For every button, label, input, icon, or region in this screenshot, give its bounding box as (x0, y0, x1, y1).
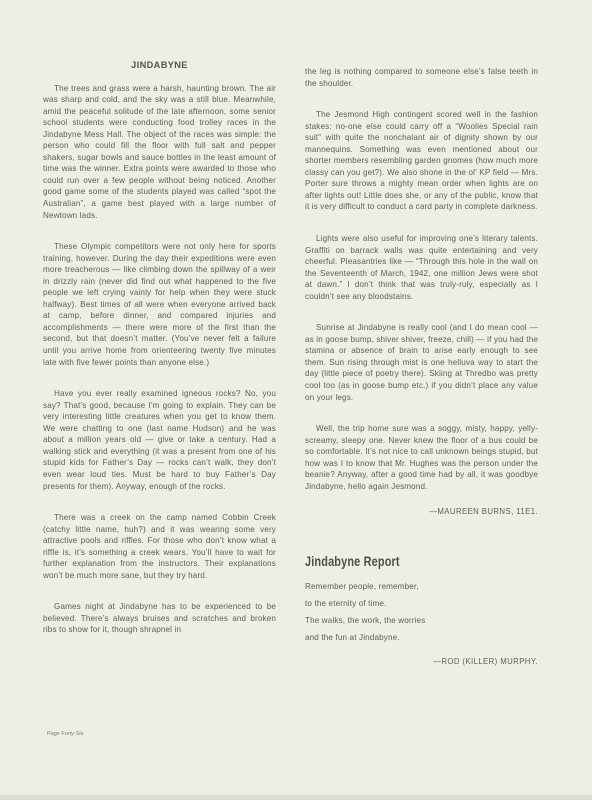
article-paragraph: There was a creek on the camp named Cobb… (43, 512, 276, 581)
article-paragraph: Well, the trip home sure was a soggy, mi… (305, 423, 538, 492)
article-title: JINDABYNE (43, 60, 276, 72)
article-paragraph: These Olympic competitors were not only … (43, 241, 276, 368)
article-paragraph-continued: the leg is nothing compared to someone e… (305, 66, 538, 89)
left-column: JINDABYNE The trees and grass were a har… (43, 60, 276, 656)
report-poem: Remember people, remember, to the eterni… (305, 578, 538, 646)
poem-line: and the fun at Jindabyne. (305, 629, 538, 646)
page-bottom-edge (0, 795, 592, 800)
report-signature: —ROD (KILLER) MURPHY. (305, 656, 538, 668)
page-number: Page Forty-Six (47, 731, 83, 737)
poem-line: Remember people, remember, (305, 578, 538, 595)
article-paragraph: Sunrise at Jindabyne is really cool (and… (305, 322, 538, 403)
poem-line: to the eternity of time. (305, 595, 538, 612)
right-column: the leg is nothing compared to someone e… (305, 66, 538, 667)
article-paragraph: Games night at Jindabyne has to be exper… (43, 601, 276, 636)
article-paragraph: The trees and grass were a harsh, haunti… (43, 83, 276, 222)
report-title: Jindabyne Report (305, 556, 487, 568)
article-paragraph: The Jesmond High contingent scored well … (305, 109, 538, 213)
article-paragraph: Have you ever really examined igneous ro… (43, 388, 276, 492)
article-signature: —MAUREEN BURNS, 11E1. (305, 506, 538, 518)
magazine-page: JINDABYNE The trees and grass were a har… (0, 0, 592, 795)
article-paragraph: Lights were also useful for improving on… (305, 233, 538, 302)
poem-line: The walks, the work, the worries (305, 612, 538, 629)
